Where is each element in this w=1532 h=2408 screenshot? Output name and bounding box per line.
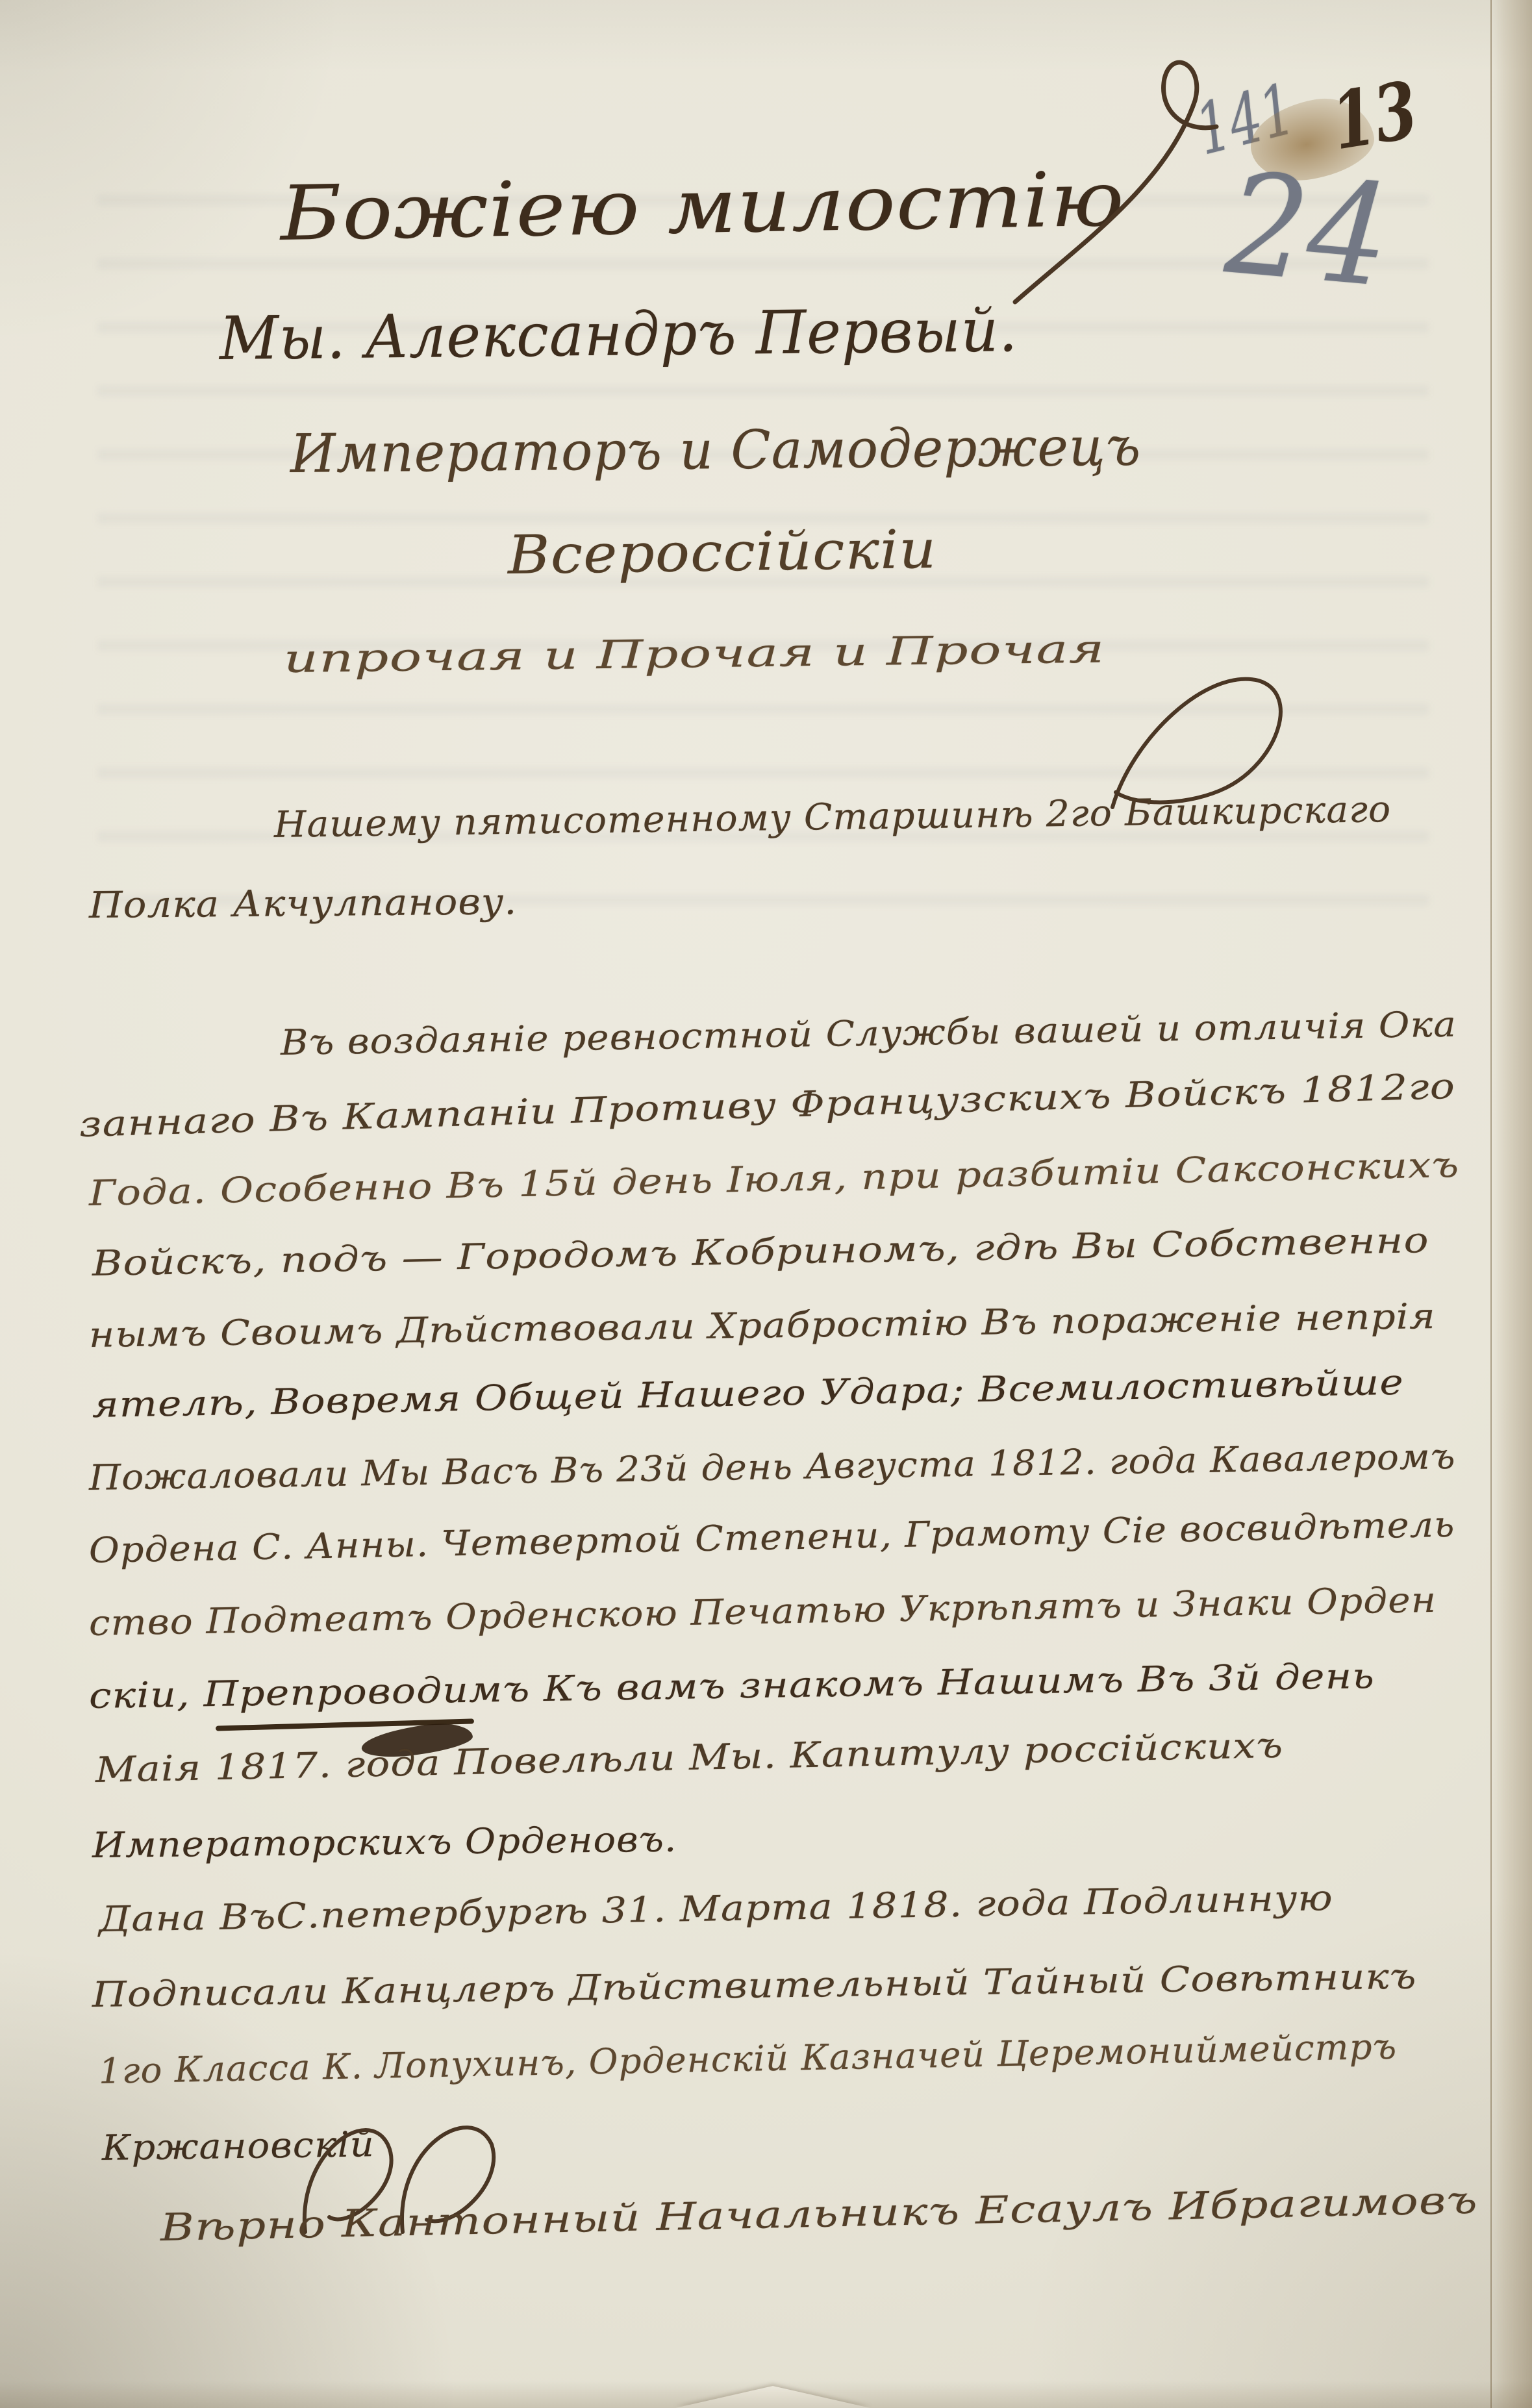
manuscript-page: 141 13 24 Божіею милостію Мы. Александръ… (0, 0, 1532, 2408)
closing-line-5: Вѣрно Кантонный Начальникъ Есаулъ Ибраги… (160, 2178, 1478, 2250)
body-line-7: Пожаловали Мы Васъ Въ 23й день Августа 1… (88, 1436, 1456, 1498)
page-right-edge (1490, 0, 1532, 2408)
line-all-russia: Всероссійскіи (507, 519, 937, 586)
body-line-2: заннаго Въ Кампаніи Противу Французскихъ… (79, 1066, 1456, 1145)
body-line-1: Въ воздаяніе ревностной Службы вашей и о… (280, 1004, 1457, 1063)
body-line-4: Войскъ, подъ — Городомъ Кобриномъ, гдѣ В… (92, 1220, 1429, 1284)
line-etcetera: ипрочая и Прочая и Прочая (283, 627, 1105, 682)
body-line-12: Императорскихъ Орденовъ. (92, 1819, 677, 1866)
body-line-11: Маія 1817. года Повелѣли Мы. Капитулу ро… (95, 1725, 1283, 1790)
body-line-9: ство Подтеатъ Орденскою Печатью Укрѣпятъ… (88, 1579, 1437, 1644)
closing-line-2: Подписали Канцлеръ Дѣйствительный Тайный… (92, 1956, 1416, 2015)
closing-line-1: Дана ВъС.петербургѣ 31. Марта 1818. года… (98, 1877, 1333, 1940)
line-imperator: Императоръ и Самодержецъ (290, 416, 1142, 485)
line-sovereign: Мы. Александръ Первый. (219, 295, 1018, 373)
line-address-2: Полка Акчулпанову. (89, 881, 518, 927)
body-line-8: Ордена С. Анны. Четвертой Степени, Грамо… (88, 1504, 1455, 1571)
line-address-1: Нашему пятисотенному Старшинѣ 2го Башкир… (273, 788, 1391, 846)
body-line-6: ятелѣ, Вовремя Общей Нашего Удара; Всеми… (92, 1362, 1404, 1425)
body-line-5: нымъ Своимъ Дѣйствовали Храбростію Въ по… (88, 1296, 1436, 1355)
page-number: 24 (1220, 142, 1396, 319)
closing-line-4: Кржановскій (101, 2124, 375, 2168)
body-line-3: Года. Особенно Въ 15й день Іюля, при раз… (88, 1144, 1459, 1214)
line-title: Божіею милостію (280, 155, 1125, 258)
page-bottom-edge (0, 2381, 1532, 2408)
closing-line-3: 1го Класса К. Лопухинъ, Орденскій Казнач… (98, 2026, 1397, 2092)
body-line-10: скіи, Препроводимъ Къ вамъ знакомъ Нашим… (88, 1655, 1375, 1716)
